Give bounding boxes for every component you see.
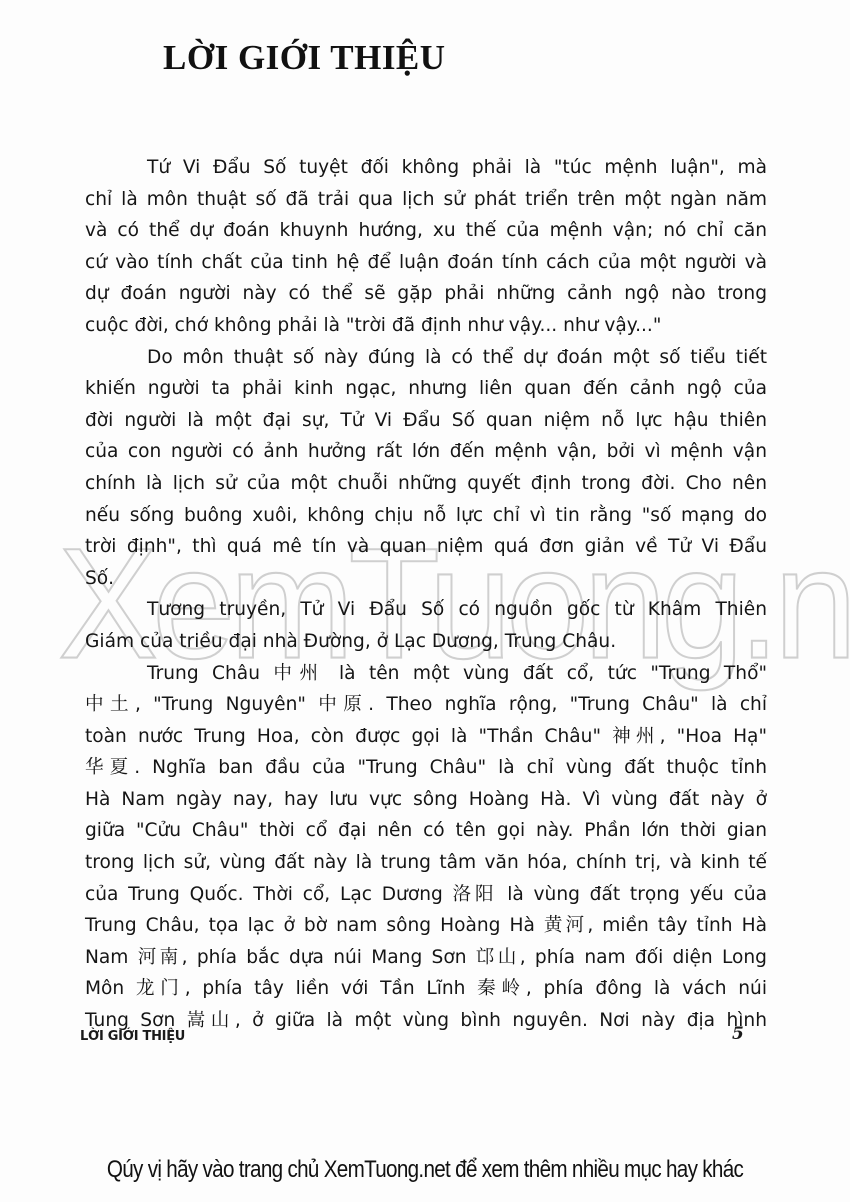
- text-line: trong lịch sử, vùng đất này là trung tâm…: [85, 847, 767, 879]
- text-line: chính là lịch sử của một chuỗi những quy…: [85, 468, 767, 500]
- text-line: Giám của triều đại nhà Đường, ở Lạc Dươn…: [85, 626, 767, 658]
- book-page: LỜI GIỚI THIỆU XemTuong.net Tứ Vi Đẩu Số…: [0, 0, 850, 1202]
- text-line: trời định", thì quá mê tín và quan niệm …: [85, 531, 767, 563]
- text-line: của con người có ảnh hưởng rất lớn đến m…: [85, 436, 767, 468]
- text-line: Số.: [85, 563, 767, 595]
- text-line: toàn nước Trung Hoa, còn được gọi là "Th…: [85, 721, 767, 753]
- text-line: Tứ Vi Đẩu Số tuyệt đối không phải là "tú…: [85, 152, 767, 184]
- text-line: Do môn thuật số này đúng là có thể dự đo…: [85, 342, 767, 374]
- text-line: và có thể dự đoán khuynh hướng, xu thế c…: [85, 215, 767, 247]
- text-line: Tung Sơn 嵩山, ở giữa là một vùng bình ngu…: [85, 1005, 767, 1037]
- banner-text-after: để xem thêm nhiều mục hay khác: [450, 1156, 743, 1183]
- text-line: Nam 河南, phía bắc dựa núi Mang Sơn 邙山, ph…: [85, 942, 767, 974]
- paragraph-3: Tương truyền, Tử Vi Đẩu Số có nguồn gốc …: [85, 594, 767, 657]
- paragraph-1: Tứ Vi Đẩu Số tuyệt đối không phải là "tú…: [85, 152, 767, 342]
- text-line: của Trung Quốc. Thời cổ, Lạc Dương 洛阳 là…: [85, 879, 767, 911]
- site-link[interactable]: XemTuong.net: [324, 1156, 450, 1183]
- text-line: Môn 龙门, phía tây liền với Tần Lĩnh 秦岭, p…: [85, 973, 767, 1005]
- text-line: Tương truyền, Tử Vi Đẩu Số có nguồn gốc …: [85, 594, 767, 626]
- text-line: 中土, "Trung Nguyên" 中原. Theo nghĩa rộng, …: [85, 689, 767, 721]
- paragraph-2: Do môn thuật số này đúng là có thể dự đo…: [85, 342, 767, 595]
- text-line: 华夏. Nghĩa ban đầu của "Trung Châu" là ch…: [85, 752, 767, 784]
- page-title: LỜI GIỚI THIỆU: [163, 38, 446, 78]
- text-line: Trung Châu 中州 là tên một vùng đất cổ, tứ…: [85, 658, 767, 690]
- text-line: cuộc đời, chớ không phải là "trời đã địn…: [85, 310, 767, 342]
- paragraph-4: Trung Châu 中州 là tên một vùng đất cổ, tứ…: [85, 658, 767, 1037]
- text-line: cứ vào tính chất của tinh hệ để luận đoá…: [85, 247, 767, 279]
- banner-text-before: Qúy vị hãy vào trang chủ: [107, 1156, 324, 1183]
- text-line: giữa "Cửu Châu" thời cổ đại nên có tên g…: [85, 815, 767, 847]
- text-line: khiến người ta phải kinh ngạc, nhưng liê…: [85, 373, 767, 405]
- body-text: Tứ Vi Đẩu Số tuyệt đối không phải là "tú…: [85, 152, 767, 1037]
- text-line: dự đoán người này có thể sẽ gặp phải nhữ…: [85, 278, 767, 310]
- text-line: nếu sống buông xuôi, không chịu nỗ lực c…: [85, 500, 767, 532]
- text-line: đời người là một đại sự, Tử Vi Đẩu Số qu…: [85, 405, 767, 437]
- text-line: Trung Châu, tọa lạc ở bờ nam sông Hoàng …: [85, 910, 767, 942]
- site-banner: Qúy vị hãy vào trang chủ XemTuong.net để…: [60, 1156, 791, 1184]
- text-line: chỉ là môn thuật số đã trải qua lịch sử …: [85, 184, 767, 216]
- text-line: Hà Nam ngày nay, hay lưu vực sông Hoàng …: [85, 784, 767, 816]
